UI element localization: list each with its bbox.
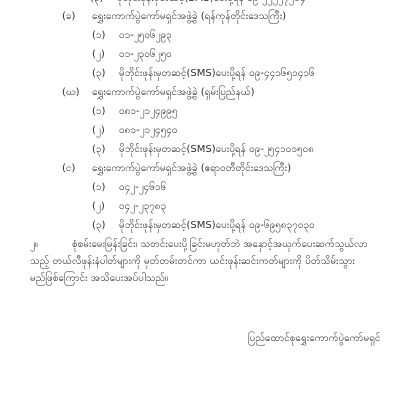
section-title-ayeyarwady: ရွှေးကောက်ပွဲကော်မရှင်အဖွဲ့ခွဲ (ဧရာဝတီတိ… [92, 162, 291, 176]
phone-number: ၀၈၁-၂၁၂၄၅၄၀ [119, 124, 178, 138]
item-label: (၃) [92, 67, 105, 81]
phone-number: ၀၈၁-၂၁၂၄၉၉၅ [119, 105, 178, 119]
item-label: (၂) [92, 124, 105, 138]
sms-number-line: မိုဘိုင်းဖုန်းမှတဆင့်(SMS)ပေးပို့ရန် ၀၉-… [119, 67, 315, 81]
phone-number: ၀၄၂-၂၃၇၈၃ [119, 200, 166, 214]
item-label: (၂) [92, 200, 105, 214]
section-label: (င) [62, 162, 75, 176]
section-title-yangon: ရွှေးကောက်ပွဲကော်မရှင်အဖွဲ့ခွဲ (ရန်ကုန်တ… [92, 10, 286, 24]
sms-number-line: မိုဘိုင်းဖုန်းမှတဆင့်(SMS)ပေးပို့ရန် ၀၉-… [119, 219, 315, 233]
phone-number: ၀၁-၂၃၀၆၂၅၀ [119, 48, 172, 62]
item-label: (၃) [92, 219, 105, 233]
item-label: (၃) [92, 143, 105, 157]
section-title-shan: ရွှေးကောက်ပွဲကော်မရှင်အဖွဲ့ခွဲ (ရှမ်းပြည… [92, 86, 254, 100]
sms-number-line: မိုဘိုင်းဖုန်းမှတဆင့်(SMS)ပေးပို့ရန် ၀၉-… [119, 143, 314, 157]
item-label: (၁) [92, 105, 105, 119]
phone-number: ၀၄၂-၂၄၆၁၆ [119, 181, 166, 195]
notice-paragraph: ၂။စုံစမ်းမေးမြန်းခြင်း၊ သတင်းပေးပို့ခြင်… [30, 236, 370, 287]
document-page: (၃) မိုဘိုင်းဖုန်းမှတဆင့်(SMS)ပေးပို့ရန်… [0, 0, 400, 400]
section-label: (ဃ) [62, 86, 80, 100]
section-label: (ခ) [62, 10, 75, 24]
sms-number-line: မိုဘိုင်းဖုန်းမှတဆင့်(SMS)ပေးပို့ရန် ၀၉-… [117, 0, 306, 6]
item-label: (၃) [90, 0, 103, 6]
phone-number: ၀၁-၂၅၀၆၂၉၃ [119, 29, 172, 43]
paragraph-number: ၂။ [30, 236, 72, 253]
item-label: (၁) [92, 181, 105, 195]
signature-union-election-commission: ပြည်ထောင်စုရွှေးကောက်ပွဲကော်မရှင် [248, 332, 380, 346]
item-label: (၁) [92, 29, 105, 43]
item-label: (၂) [92, 48, 105, 62]
notice-text: စုံစမ်းမေးမြန်းခြင်း၊ သတင်းပေးပို့ခြင်းမ… [30, 239, 368, 284]
